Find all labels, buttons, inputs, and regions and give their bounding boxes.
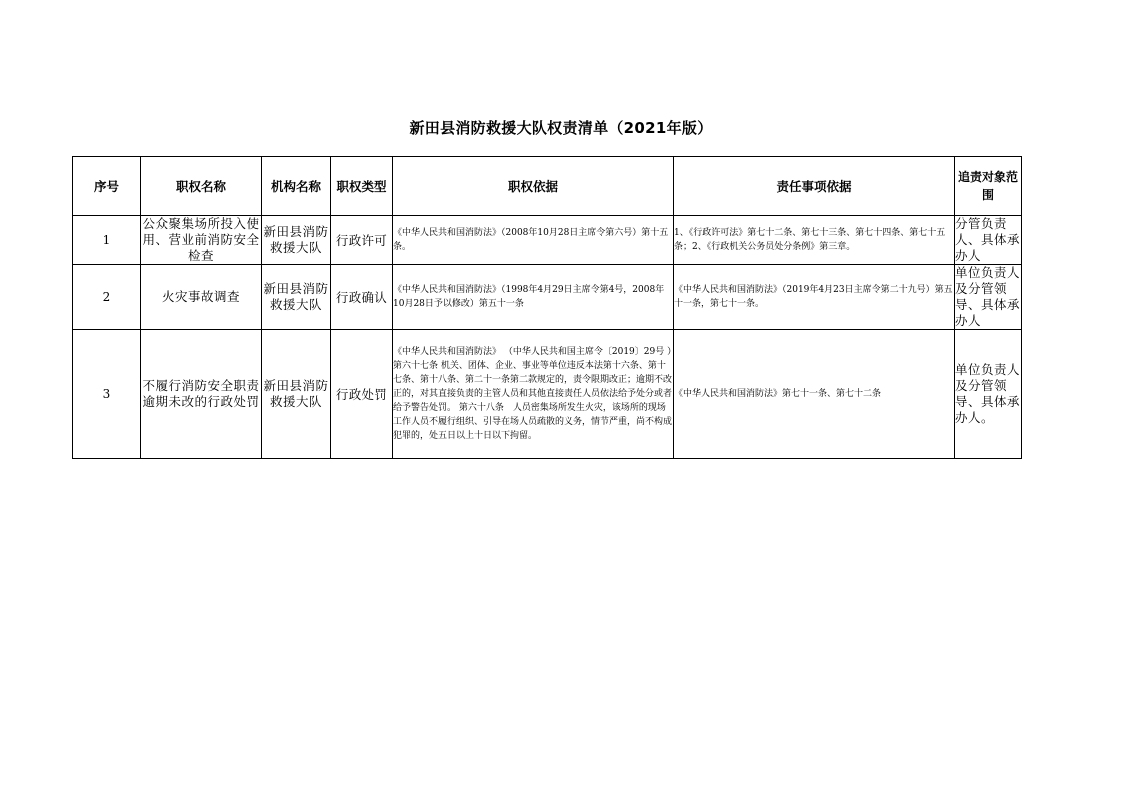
cell-org-name: 新田县消防救援大队 — [262, 330, 331, 459]
document-title: 新田县消防救援大队权责清单（2021年版） — [0, 117, 1122, 138]
cell-seq: 1 — [73, 216, 141, 265]
header-power-name: 职权名称 — [141, 157, 262, 216]
cell-power-type: 行政确认 — [331, 265, 393, 330]
cell-responsibility-basis: 1、《行政许可法》第七十二条、第七十三条、第七十四条、第七十五条；2、《行政机关… — [674, 216, 955, 265]
cell-power-basis: 《中华人民共和国消防法》（2008年10月28日主席令第六号）第十五条。 — [393, 216, 674, 265]
cell-power-type: 行政许可 — [331, 216, 393, 265]
cell-accountability-scope: 单位负责人及分管领导、具体承办人 — [955, 265, 1022, 330]
cell-seq: 3 — [73, 330, 141, 459]
header-org-name: 机构名称 — [262, 157, 331, 216]
table-row: 1 公众聚集场所投入使用、营业前消防安全检查 新田县消防救援大队 行政许可 《中… — [73, 216, 1022, 265]
cell-accountability-scope: 单位负责人及分管领导、具体承办人。 — [955, 330, 1022, 459]
cell-responsibility-basis: 《中华人民共和国消防法》（2019年4月23日主席令第二十九号）第五十一条，第七… — [674, 265, 955, 330]
header-responsibility-basis: 责任事项依据 — [674, 157, 955, 216]
responsibility-table: 序号 职权名称 机构名称 职权类型 职权依据 责任事项依据 追责对象范围 1 公… — [72, 156, 1022, 459]
table-row: 3 不履行消防安全职责逾期未改的行政处罚 新田县消防救援大队 行政处罚 《中华人… — [73, 330, 1022, 459]
header-accountability-scope: 追责对象范围 — [955, 157, 1022, 216]
cell-responsibility-basis: 《中华人民共和国消防法》第七十一条、第七十二条 — [674, 330, 955, 459]
header-seq: 序号 — [73, 157, 141, 216]
cell-power-type: 行政处罚 — [331, 330, 393, 459]
cell-seq: 2 — [73, 265, 141, 330]
cell-org-name: 新田县消防救援大队 — [262, 216, 331, 265]
table-row: 2 火灾事故调查 新田县消防救援大队 行政确认 《中华人民共和国消防法》（199… — [73, 265, 1022, 330]
table-header-row: 序号 职权名称 机构名称 职权类型 职权依据 责任事项依据 追责对象范围 — [73, 157, 1022, 216]
cell-power-name: 火灾事故调查 — [141, 265, 262, 330]
header-power-type: 职权类型 — [331, 157, 393, 216]
cell-power-name: 不履行消防安全职责逾期未改的行政处罚 — [141, 330, 262, 459]
cell-org-name: 新田县消防救援大队 — [262, 265, 331, 330]
cell-power-name: 公众聚集场所投入使用、营业前消防安全检查 — [141, 216, 262, 265]
cell-power-basis: 《中华人民共和国消防法》 （中华人民共和国主席令〔2019〕29号 ）第六十七条… — [393, 330, 674, 459]
cell-accountability-scope: 分管负责人、具体承办人 — [955, 216, 1022, 265]
header-power-basis: 职权依据 — [393, 157, 674, 216]
cell-power-basis: 《中华人民共和国消防法》（1998年4月29日主席令第4号，2008年10月28… — [393, 265, 674, 330]
